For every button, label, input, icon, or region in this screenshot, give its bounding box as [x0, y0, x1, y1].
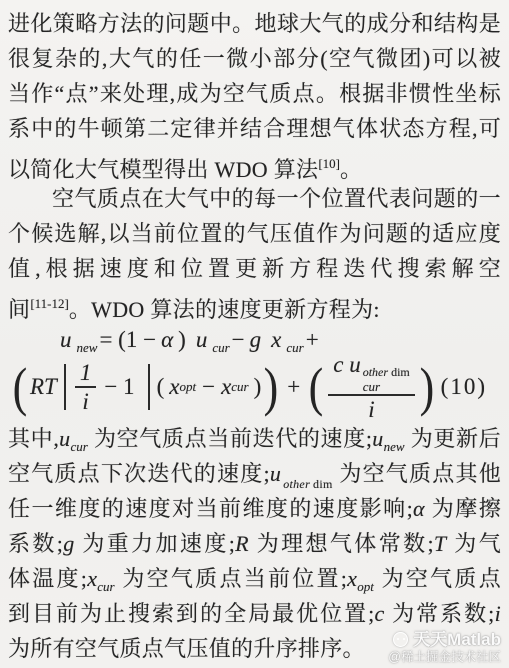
paragraph-line: 任一维度的速度对当前维度的速度影响;α 为摩擦 [8, 491, 501, 526]
paragraph-line: 间[11-12]。WDO 算法的速度更新方程为: [8, 286, 501, 321]
big-paren-close: ) [264, 360, 278, 414]
citation-ref: [11-12] [30, 296, 69, 311]
text-run: 间 [8, 297, 30, 321]
math-var: g [63, 531, 74, 556]
paragraph-line: 个候选解,以当前位置的气压值作为问题的适应度 [8, 216, 501, 251]
fraction-numerator: c uotherdimcur [328, 351, 414, 394]
paragraph-line: 以简化大气模型得出 WDO 算法[10]。 [8, 146, 501, 181]
watermark-subtitle: @稀土掘金技术社区 [388, 650, 501, 664]
math-operator: − [232, 327, 245, 352]
text-run: 任一维度的速度对当前维度的速度影响; [8, 496, 413, 521]
abs-bar [148, 364, 150, 410]
math-operator: = (1 − [99, 327, 156, 352]
paragraph-line: 很复杂的,大气的任一微小部分(空气微团)可以被 [8, 41, 501, 76]
math-operator: ) [178, 327, 186, 352]
text-run: 。 [340, 157, 362, 181]
paren-open: ( [157, 374, 165, 400]
equation-line-2: ( RT 1 i − 1 ( xopt − xcur ) ) + ( c uot… [10, 357, 501, 417]
fraction: 1 i [75, 359, 97, 416]
math-operator: − 1 [104, 374, 134, 400]
math-var: α [413, 496, 425, 521]
math-superscript: otherdim [283, 478, 332, 490]
paragraph-line: 系中的牛顿第二定律并结合理想气体状态方程,可 [8, 111, 501, 146]
paragraph-line: 进化策略方法的问题中。地球大气的成分和结构是 [8, 6, 501, 41]
text-run: 其中, [8, 426, 59, 451]
text-run: 空气质点下次迭代的速度; [8, 461, 270, 486]
text-run: 为空气质点当前位置; [115, 566, 348, 591]
math-superscript-italic: other [363, 365, 388, 379]
text-run: 。WDO 算法的速度更新方程为: [69, 297, 380, 321]
math-subscript: opt [179, 379, 196, 395]
text-run: 为摩擦 [425, 496, 501, 521]
text-run: 为理想气体常数; [249, 531, 434, 556]
text-run: 系数; [8, 531, 63, 556]
paragraph-line: 体温度;xcur 为空气质点当前位置;xopt 为空气质点 [8, 561, 501, 596]
math-subscript: cur [231, 379, 248, 395]
big-paren-close: ) [420, 360, 434, 414]
mascot-icon [393, 632, 408, 647]
fraction: c uotherdimcur i [328, 351, 414, 423]
math-subscript: cur [70, 439, 87, 454]
text-run: 到目前为止搜索到的全局最优位置; [8, 601, 375, 626]
text-run: 为所有空气质点气压值的升序排序。 [8, 636, 365, 661]
math-var: x [221, 374, 231, 400]
math-subscript: cur [363, 380, 380, 393]
watermark-title-text: 天天Matlab [413, 630, 501, 650]
math-subscript: cur [212, 340, 229, 355]
math-var: T [434, 531, 447, 556]
math-var: x [169, 374, 179, 400]
fraction-denominator: i [328, 394, 414, 423]
math-var: c [375, 601, 385, 626]
math-var: c u [333, 352, 360, 377]
math-var: x [347, 566, 357, 591]
math-operator: + [306, 327, 319, 352]
math-var: u [270, 461, 281, 486]
fraction-numerator: 1 [75, 359, 97, 386]
math-superscript-roman: dim [313, 477, 333, 491]
math-var: u [196, 327, 208, 352]
text-run: 为常系数; [385, 601, 495, 626]
math-operator: − [202, 374, 215, 400]
paragraph-line: 空气质点在大气中的每一个位置代表问题的一 [8, 181, 501, 216]
paragraph-line: 到目前为止搜索到的全局最优位置;c 为常系数;i [8, 596, 501, 631]
paren-close: ) [254, 374, 262, 400]
math-var: x [271, 327, 281, 352]
text-run: 为气 [446, 531, 501, 556]
big-paren-open: ( [13, 360, 27, 414]
watermark: 天天Matlab @稀土掘金技术社区 [388, 630, 501, 664]
math-var: g [250, 327, 262, 352]
math-subscript: new [384, 439, 405, 454]
big-paren-open: ( [309, 360, 323, 414]
text-run: 为空气质点当前迭代的速度; [88, 426, 373, 451]
abs-bar [64, 364, 66, 410]
paragraph-line: 系数;g 为重力加速度;R 为理想气体常数;T 为气 [8, 526, 501, 561]
text-run: 体温度; [8, 566, 87, 591]
scanned-document-page: 进化策略方法的问题中。地球大气的成分和结构是 很复杂的,大气的任一微小部分(空气… [0, 0, 509, 668]
math-var: u [60, 327, 72, 352]
math-var: R [235, 531, 249, 556]
text-run: 为空气质点 [374, 566, 501, 591]
paragraph-line: 当作“点”来处理,成为空气质点。根据非惯性坐标 [8, 76, 501, 111]
math-superscript-italic: other [283, 477, 310, 491]
text-run: 为更新后 [405, 426, 501, 451]
math-var: u [59, 426, 70, 451]
math-var: x [87, 566, 97, 591]
math-subscript: opt [357, 579, 374, 594]
paragraph-line: 值,根据速度和位置更新方程迭代搜索解空 [8, 251, 501, 286]
math-subscript: cur [97, 579, 114, 594]
equation-number: (10) [441, 374, 487, 400]
paragraph-line: 空气质点下次迭代的速度;uotherdimcur 为空气质点其他 [8, 456, 501, 491]
math-var: u [372, 426, 383, 451]
citation-ref: [10] [318, 156, 340, 171]
equation-line-1: unew= (1 −α)ucur−gxcur+ [60, 323, 501, 357]
math-subscript: cur [286, 340, 303, 355]
supsub-stack: otherdimcur [363, 366, 410, 393]
text-run: 以简化大气模型得出 WDO 算法 [8, 157, 318, 181]
math-operator: + [287, 374, 300, 400]
fraction-denominator: i [75, 386, 97, 415]
paragraph-line: 其中,ucur 为空气质点当前迭代的速度;unew 为更新后 [8, 421, 501, 456]
watermark-title: 天天Matlab [388, 630, 501, 650]
supsub-stack: otherdimcur [283, 478, 332, 491]
math-var: RT [30, 374, 57, 400]
math-var: α [161, 327, 173, 352]
math-subscript: new [77, 340, 98, 355]
math-var: i [495, 601, 501, 626]
math-superscript: otherdim [363, 366, 410, 378]
text-run: 为空气质点其他 [333, 461, 501, 486]
text-run: 为重力加速度; [75, 531, 236, 556]
math-superscript-roman: dim [391, 365, 410, 379]
